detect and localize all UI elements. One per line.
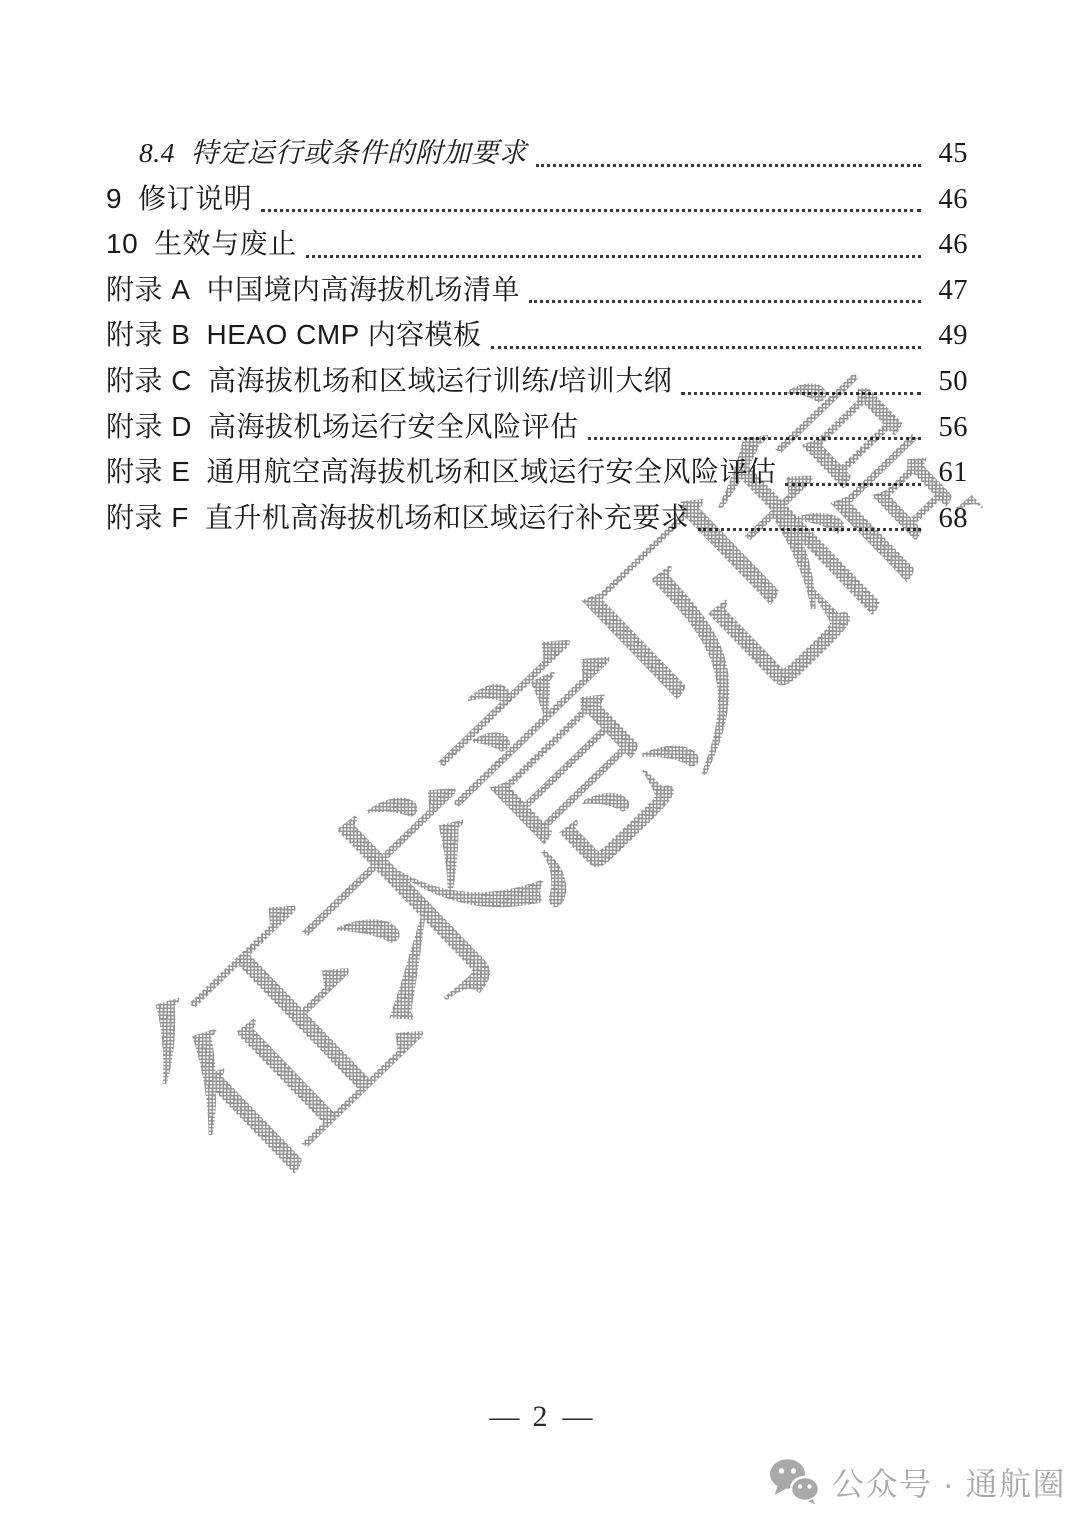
toc-entry-title: 高海拔机场运行安全风险评估 xyxy=(208,404,579,450)
toc-entry-number: 附录 B xyxy=(106,312,190,358)
toc-entry: 8.4 特定运行或条件的附加要求 45 xyxy=(106,130,968,176)
toc-entry-number: 附录 A xyxy=(106,267,190,313)
page-number-dash-right: — xyxy=(563,1400,591,1433)
official-account-label: 公众号 · 通航圈 xyxy=(832,1459,1066,1505)
dot-leader xyxy=(681,392,921,395)
toc-entry-title: 直升机高海拔机场和区域运行补充要求 xyxy=(205,495,690,541)
toc-entry-page: 56 xyxy=(926,405,968,451)
toc-entry-number: 附录 D xyxy=(106,404,192,450)
toc-entry-page: 68 xyxy=(926,496,968,542)
toc-entry-page: 47 xyxy=(926,268,968,314)
toc-entry-page: 50 xyxy=(926,359,968,405)
dot-leader xyxy=(536,164,921,167)
dot-leader xyxy=(529,300,921,303)
toc-entry-title: 通用航空高海拔机场和区域运行安全风险评估 xyxy=(206,449,776,495)
toc-entry: 9 修订说明 46 xyxy=(106,176,968,222)
table-of-contents: 8.4 特定运行或条件的附加要求 45 9 修订说明 46 10 生效与废止 4… xyxy=(106,130,968,540)
dot-leader xyxy=(306,255,921,258)
toc-entry-title: 修订说明 xyxy=(138,176,252,222)
toc-entry-page: 61 xyxy=(926,450,968,496)
toc-entry-title: 生效与废止 xyxy=(154,221,297,267)
toc-entry: 附录 C 高海拔机场和区域运行训练/培训大纲 50 xyxy=(106,358,968,404)
dot-leader xyxy=(491,346,921,349)
brand-footer: 公众号 · 通航圈 xyxy=(768,1458,1066,1506)
toc-entry-number: 9 xyxy=(106,176,122,222)
toc-entry: 附录 B HEAO CMP 内容模板 49 xyxy=(106,312,968,358)
toc-entry: 10 生效与废止 46 xyxy=(106,221,968,267)
toc-entry-number: 附录 F xyxy=(106,495,189,541)
toc-entry-number: 附录 C xyxy=(106,358,192,404)
dot-leader xyxy=(698,528,921,531)
toc-entry: 附录 E 通用航空高海拔机场和区域运行安全风险评估 61 xyxy=(106,449,968,495)
toc-entry-title: 中国境内高海拔机场清单 xyxy=(206,267,520,313)
toc-entry-page: 49 xyxy=(926,313,968,359)
page-number: —2— xyxy=(0,1400,1080,1434)
toc-entry: 附录 D 高海拔机场运行安全风险评估 56 xyxy=(106,404,968,450)
dot-leader xyxy=(785,483,921,486)
toc-entry: 附录 F 直升机高海拔机场和区域运行补充要求 68 xyxy=(106,495,968,541)
toc-entry-number: 8.4 xyxy=(139,130,175,176)
toc-entry-page: 45 xyxy=(926,131,968,177)
dot-leader xyxy=(588,437,921,440)
dot-leader xyxy=(261,209,921,212)
page-number-value: 2 xyxy=(533,1400,548,1433)
toc-entry-page: 46 xyxy=(926,177,968,223)
toc-entry: 附录 A 中国境内高海拔机场清单 47 xyxy=(106,267,968,313)
wechat-icon xyxy=(768,1458,822,1506)
toc-entry-page: 46 xyxy=(926,222,968,268)
toc-entry-number: 10 xyxy=(106,221,138,267)
toc-entry-title: 高海拔机场和区域运行训练/培训大纲 xyxy=(208,358,672,404)
toc-entry-title: HEAO CMP 内容模板 xyxy=(206,312,481,358)
page-number-dash-left: — xyxy=(490,1400,518,1433)
toc-entry-number: 附录 E xyxy=(106,449,190,495)
toc-entry-title: 特定运行或条件的附加要求 xyxy=(191,130,527,176)
